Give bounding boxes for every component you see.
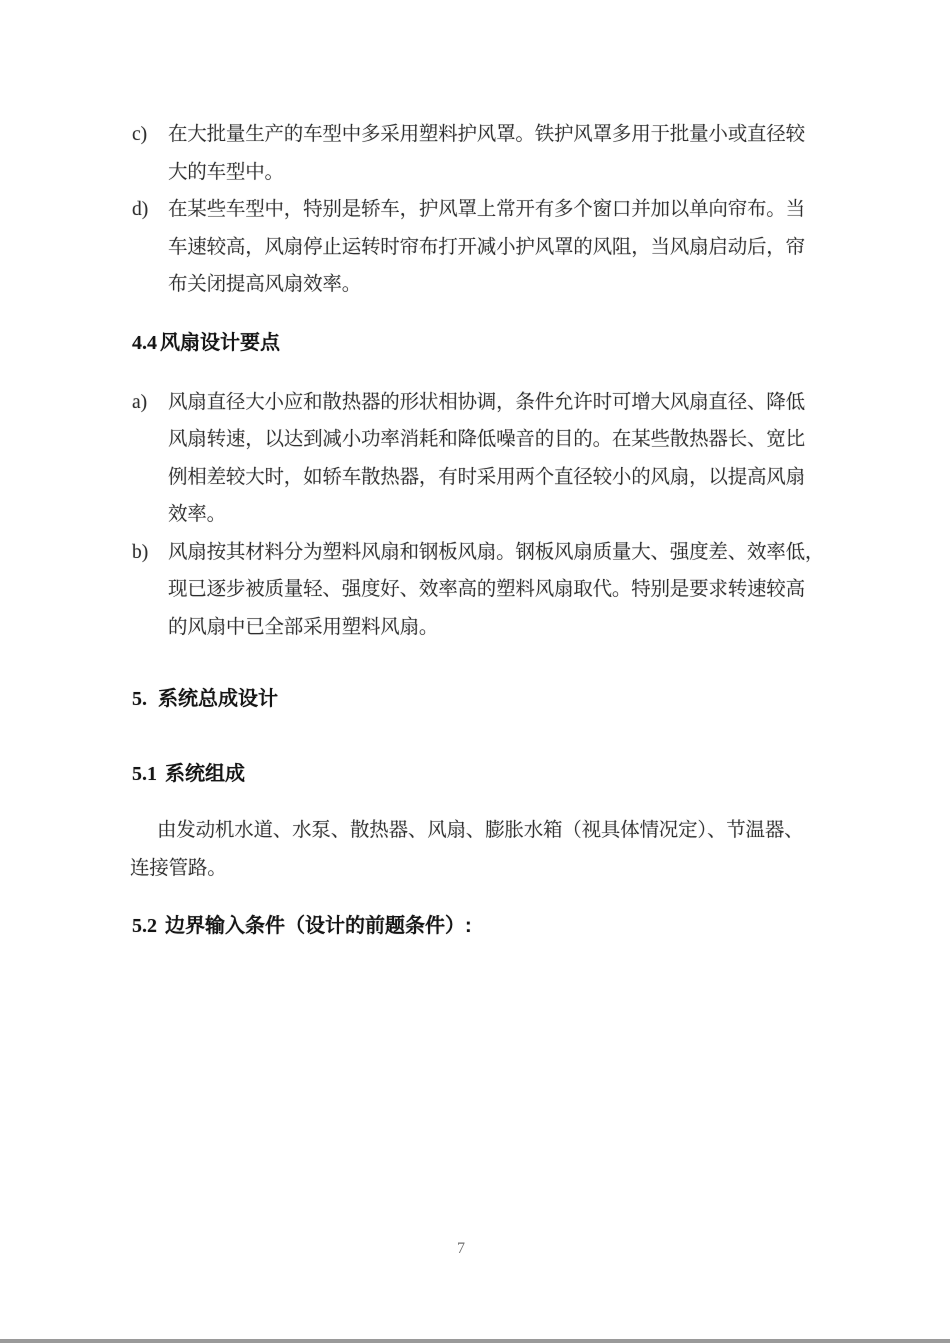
- list-marker: a): [132, 384, 168, 422]
- list-item-text: 风扇按其材料分为塑料风扇和钢板风扇。钢板风扇质量大、强度差、效率低， 现已逐步被…: [168, 534, 830, 647]
- list-item-a: a) 风扇直径大小应和散热器的形状相协调，条件允许时可增大风扇直径、降低 风扇转…: [132, 384, 830, 534]
- text-line: 大的车型中。: [168, 154, 830, 192]
- section-title: 系统组成: [165, 759, 245, 789]
- section-number: 5.: [132, 684, 158, 714]
- list-item-text: 风扇直径大小应和散热器的形状相协调，条件允许时可增大风扇直径、降低 风扇转速，以…: [168, 384, 830, 534]
- section-number: 5.1: [132, 759, 165, 789]
- list-marker: d): [132, 191, 168, 229]
- text-line: 在大批量生产的车型中多采用塑料护风罩。铁护风罩多用于批量小或直径较: [168, 116, 830, 154]
- section-title: 边界输入条件（设计的前题条件）:: [165, 911, 472, 941]
- text-line: 现已逐步被质量轻、强度好、效率高的塑料风扇取代。特别是要求转速较高: [168, 571, 830, 609]
- text-line: 风扇按其材料分为塑料风扇和钢板风扇。钢板风扇质量大、强度差、效率低，: [168, 534, 830, 572]
- text-line: 在某些车型中，特别是轿车，护风罩上常开有多个窗口并加以单向帘布。当: [168, 191, 830, 229]
- section-heading-5-1: 5.1 系统组成: [132, 759, 830, 789]
- section-heading-5: 5. 系统总成设计: [132, 684, 830, 714]
- section-title: 系统总成设计: [158, 684, 278, 714]
- section-heading-4-4: 4.4 风扇设计要点: [132, 328, 830, 358]
- page-edge-divider: [0, 1339, 950, 1343]
- section-title: 风扇设计要点: [160, 328, 280, 358]
- text-line: 车速较高，风扇停止运转时帘布打开减小护风罩的风阻，当风扇启动后，帘: [168, 229, 830, 267]
- text-line: 布关闭提高风扇效率。: [168, 266, 830, 304]
- section-number: 5.2: [132, 911, 165, 941]
- list-item-c: c) 在大批量生产的车型中多采用塑料护风罩。铁护风罩多用于批量小或直径较 大的车…: [132, 116, 830, 191]
- text-line: 例相差较大时，如轿车散热器，有时采用两个直径较小的风扇，以提高风扇: [168, 459, 830, 497]
- section-heading-5-2: 5.2 边界输入条件（设计的前题条件）:: [132, 911, 830, 941]
- list-marker: b): [132, 534, 168, 572]
- list-item-text: 在大批量生产的车型中多采用塑料护风罩。铁护风罩多用于批量小或直径较 大的车型中。: [168, 116, 830, 191]
- list-marker: c): [132, 116, 168, 154]
- text-line: 风扇直径大小应和散热器的形状相协调，条件允许时可增大风扇直径、降低: [168, 384, 830, 422]
- text-line: 风扇转速，以达到减小功率消耗和降低噪音的目的。在某些散热器长、宽比: [168, 421, 830, 459]
- paragraph-system-composition: 由发动机水道、水泵、散热器、风扇、膨胀水箱（视具体情况定）、节温器、 连接管路。: [130, 812, 830, 887]
- text-line: 连接管路。: [130, 850, 830, 888]
- text-line: 的风扇中已全部采用塑料风扇。: [168, 609, 830, 647]
- text-line: 效率。: [168, 496, 830, 534]
- text-line: 由发动机水道、水泵、散热器、风扇、膨胀水箱（视具体情况定）、节温器、: [130, 812, 830, 850]
- document-page: c) 在大批量生产的车型中多采用塑料护风罩。铁护风罩多用于批量小或直径较 大的车…: [0, 0, 950, 1344]
- page-number: 7: [0, 1238, 922, 1260]
- list-item-b: b) 风扇按其材料分为塑料风扇和钢板风扇。钢板风扇质量大、强度差、效率低， 现已…: [132, 534, 830, 647]
- document-content: c) 在大批量生产的车型中多采用塑料护风罩。铁护风罩多用于批量小或直径较 大的车…: [0, 0, 950, 941]
- section-number: 4.4: [132, 328, 160, 358]
- list-item-d: d) 在某些车型中，特别是轿车，护风罩上常开有多个窗口并加以单向帘布。当 车速较…: [132, 191, 830, 304]
- list-item-text: 在某些车型中，特别是轿车，护风罩上常开有多个窗口并加以单向帘布。当 车速较高，风…: [168, 191, 830, 304]
